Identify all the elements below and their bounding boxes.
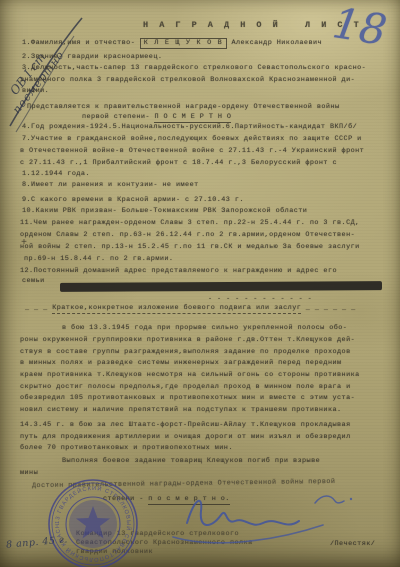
presented-award-line2: первой степени- П О С М Е Р Т Н О <box>82 114 231 121</box>
field-war-participation2: в Отечественной войне-в Отечественной во… <box>20 148 364 155</box>
field-prior-awards2: орденом Славы 2 степ. пр.63-н 26.12.44 г… <box>20 232 355 239</box>
feat-line: ствуя в составе группы разграждения,выпо… <box>20 349 351 356</box>
feat-section-header: _ _ _ Краткое,конкретное изложение боево… <box>25 305 356 312</box>
surname-boxed: К Л Е Щ У К О В <box>140 38 227 49</box>
header-trail-dashes: _ _ _ _ _ _ <box>301 304 355 312</box>
posthumously-underlined: П О С М Е Р Т Н О <box>154 113 231 123</box>
field-home-address2: семьи <box>22 278 45 285</box>
presented-award-line1: Представляется к правительственной награ… <box>27 104 340 111</box>
redaction-bar <box>60 281 382 292</box>
field-name-rest: Александр Николаевич <box>227 39 322 47</box>
feat-line: 14.3.45 г. в бою за лес Штаатс-форст-Пре… <box>20 422 351 429</box>
document-title: Н А Г Р А Д Н О Й Л И С Т <box>143 21 362 30</box>
feat-line: скрытно достиг полосы предполья,где прод… <box>20 384 351 391</box>
feat-line: мины <box>20 470 38 477</box>
dash-row: - - - - - - - - - - - - <box>208 296 312 303</box>
field-war-participation3: с 27.11.43 г.,1 Прибалтийский фронт с 18… <box>20 160 337 167</box>
commander-signature <box>165 485 355 555</box>
field-birth-nationality-party: 4.Год рождения-1924.5.Национальность-рус… <box>22 124 357 131</box>
feat-line: в минных полях и разведке системы инжене… <box>20 360 342 367</box>
field-wounds: 8.Имеет ли ранения и контузии- не имеет <box>22 182 199 189</box>
field-prior-awards3: ной войны 2 степ. пр.13-н 15.2.45 г.по 1… <box>20 244 360 251</box>
field-name-label: 1.Фамилия,имя и отчество- <box>22 39 140 47</box>
field-prior-awards4: пр.69-н 15.8.44 г. по 2 гв.армии. <box>24 256 173 263</box>
feat-line: более 70 противотанковых и противопехотн… <box>20 445 233 452</box>
round-seal-stamp: 13 ГВАРДЕЙСКИЙ СТРЕЛКОВЫЙ СЕВАСТОПОЛЬСКИ… <box>45 476 141 567</box>
field-war-participation1: 7.Участие в гражданской войне,последующи… <box>22 136 362 143</box>
feat-line: путь для продвижения артиллерии и очищая… <box>20 434 351 441</box>
field-name-line: 1.Фамилия,имя и отчество- К Л Е Щ У К О … <box>22 40 322 47</box>
field-unit-line3: визии. <box>22 88 49 95</box>
feat-line: в бою 13.3.1945 года при прорыве сильно … <box>62 325 347 332</box>
field-unit-line2: знаменного полка 3 гвардейской стрелково… <box>20 77 355 84</box>
header-lead-dashes: _ _ _ <box>25 304 52 312</box>
field-home-address1: 12.Постоянный домашний адрес представляе… <box>20 268 337 275</box>
plus-pencil-mark: + <box>21 238 27 249</box>
field-drafted-by: 10.Каким РВК призван- Больше-Токмакским … <box>22 208 307 215</box>
field-rank-line: 2.Звание- гвардии красноармеец. <box>22 54 162 61</box>
feat-line: Выполняя боевое задание товарищ Клещуков… <box>62 458 320 465</box>
field-war-participation4: 1.12.1944 года. <box>22 171 90 178</box>
field-prior-awards1: 11.Чем ранее награжден-орденом Славы 3 с… <box>20 220 360 227</box>
feat-line: новил систему и наличие препятствий на п… <box>20 407 342 414</box>
field-unit-line1: 3.Должность,часть-сапер 13 гвардейского … <box>22 65 366 72</box>
header-text-underlined: Краткое,конкретное изложение боевого под… <box>52 304 301 314</box>
award-sheet-document: ОВ I ст посмертно 18 Н А Г Р А Д Н О Й Л… <box>0 0 400 567</box>
feat-line: обезвредил 105 противотанковых и противо… <box>20 395 355 402</box>
feat-line: краем противника т.Клещуков несмотря на … <box>20 372 360 379</box>
feat-line: роны окруженной группировки противника в… <box>20 337 355 344</box>
present-degree-text: первой степени- <box>82 113 154 121</box>
pen-stroke-mark <box>2 8 92 138</box>
field-army-since: 9.С какого времени в Красной армии- с 27… <box>22 197 244 204</box>
